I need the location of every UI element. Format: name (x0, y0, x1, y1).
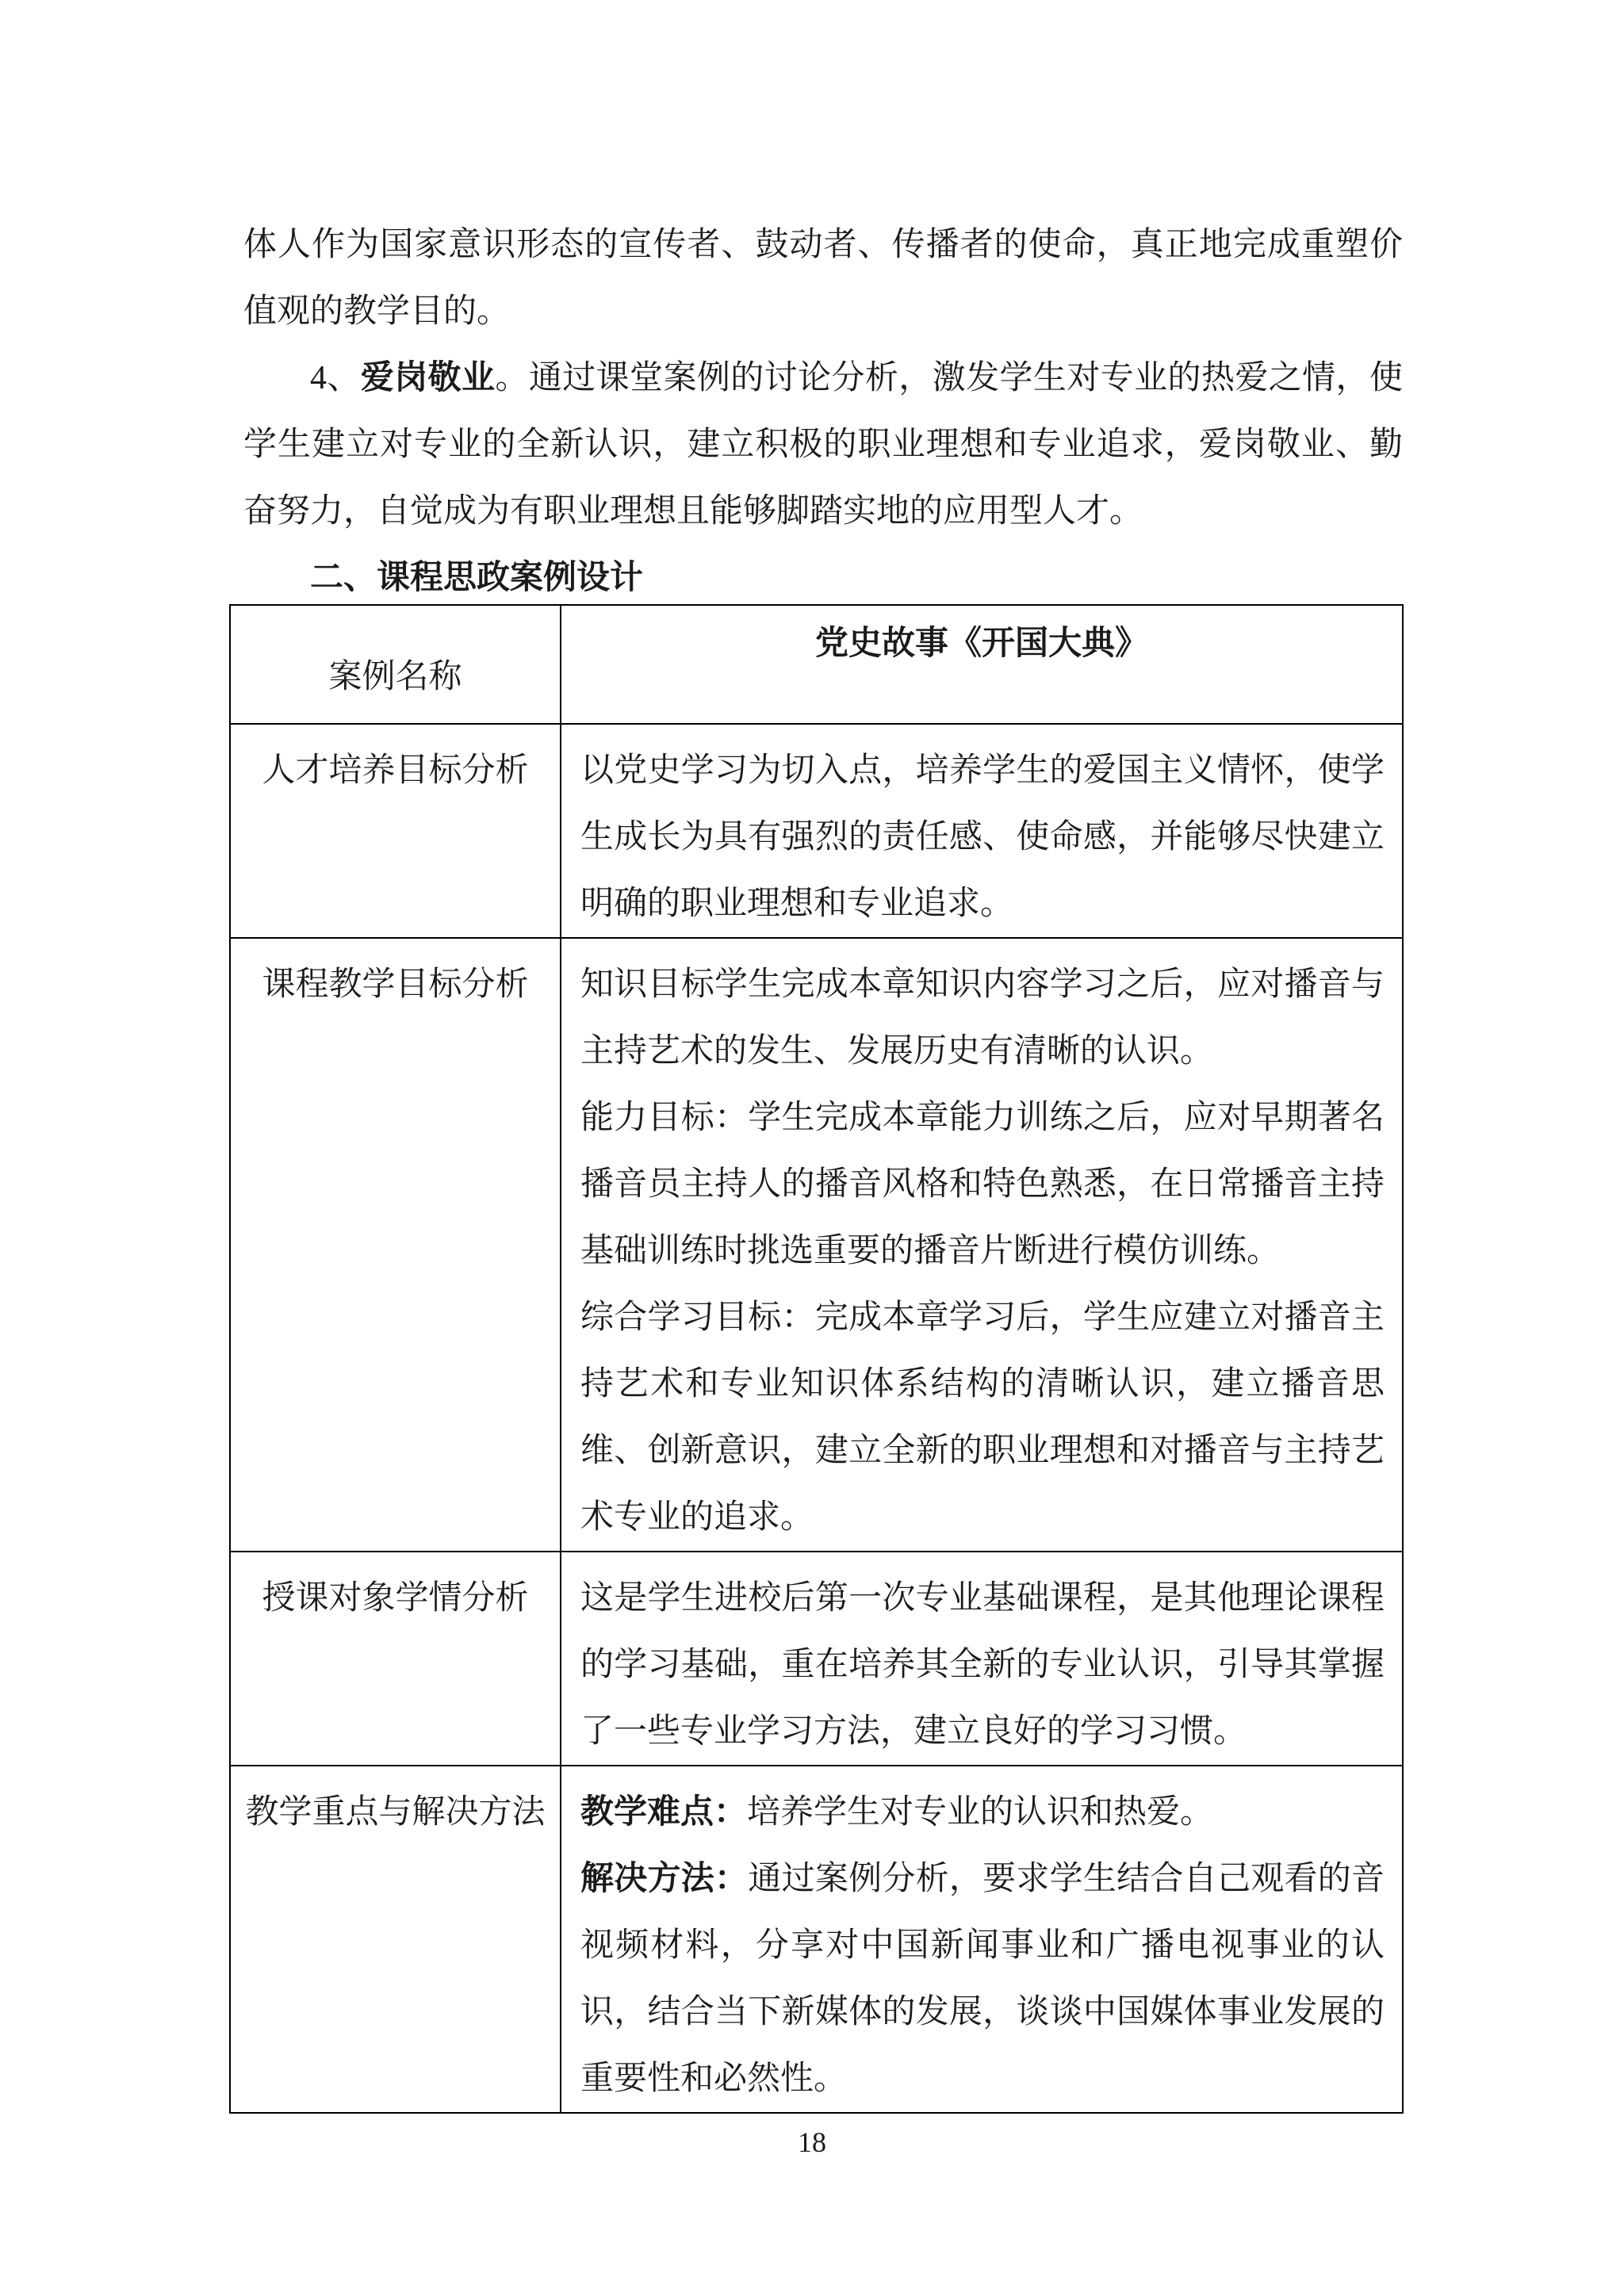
cell-paragraph: 知识目标学生完成本章知识内容学习之后，应对播音与主持艺术的发生、发展历史有清晰的… (580, 951, 1385, 1085)
row-label-cell: 授课对象学情分析 (230, 1552, 561, 1766)
section-heading: 二、课程思政案例设计 (243, 545, 1403, 611)
cell-paragraph: 教学难点：培养学生对专业的认识和热爱。 (580, 1779, 1385, 1846)
row-content-cell: 这是学生进校后第一次专业基础课程，是其他理论课程的学习基础，重在培养其全新的专业… (561, 1552, 1403, 1766)
row-content-cell: 教学难点：培养学生对专业的认识和热爱。解决方法：通过案例分析，要求学生结合自己观… (561, 1766, 1403, 2113)
row-label-cell: 教学重点与解决方法 (230, 1766, 561, 2113)
table-row: 教学重点与解决方法 教学难点：培养学生对专业的认识和热爱。解决方法：通过案例分析… (230, 1766, 1403, 2113)
paragraph-bold-leadin: 爱岗敬业 (361, 360, 496, 396)
cell-paragraph: 综合学习目标：完成本章学习后，学生应建立对播音主持艺术和专业知识体系结构的清晰认… (580, 1284, 1385, 1551)
row-content-cell: 知识目标学生完成本章知识内容学习之后，应对播音与主持艺术的发生、发展历史有清晰的… (561, 938, 1403, 1552)
table-row: 课程教学目标分析 知识目标学生完成本章知识内容学习之后，应对播音与主持艺术的发生… (230, 938, 1403, 1552)
body-text: 体人作为国家意识形态的宣传者、鼓动者、传播者的使命，真正地完成重塑价值观的教学目… (243, 212, 1403, 611)
cell-paragraph: 这是学生进校后第一次专业基础课程，是其他理论课程的学习基础，重在培养其全新的专业… (580, 1565, 1385, 1765)
row-label-cell: 课程教学目标分析 (230, 938, 561, 1552)
table-header-row: 案例名称 党史故事《开国大典》 (230, 605, 1403, 724)
case-design-table: 案例名称 党史故事《开国大典》 人才培养目标分析 以党史学习为切入点，培养学生的… (229, 604, 1404, 2114)
table-row: 授课对象学情分析 这是学生进校后第一次专业基础课程，是其他理论课程的学习基础，重… (230, 1552, 1403, 1766)
case-title-cell: 党史故事《开国大典》 (561, 605, 1403, 724)
cell-paragraph: 能力目标：学生完成本章能力训练之后，应对早期著名播音员主持人的播音风格和特色熟悉… (580, 1085, 1385, 1284)
page-number: 18 (0, 2126, 1624, 2158)
cell-paragraph: 以党史学习为切入点，培养学生的爱国主义情怀，使学生成长为具有强烈的责任感、使命感… (580, 737, 1385, 937)
row-content-cell: 以党史学习为切入点，培养学生的爱国主义情怀，使学生成长为具有强烈的责任感、使命感… (561, 724, 1403, 938)
paragraph-item-4: 4、爱岗敬业。通过课堂案例的讨论分析，激发学生对专业的热爱之情，使学生建立对专业… (243, 345, 1403, 545)
cell-paragraph: 解决方法：通过案例分析，要求学生结合自己观看的音视频材料，分享对中国新闻事业和广… (580, 1846, 1385, 2112)
row-label-cell: 人才培养目标分析 (230, 724, 561, 938)
paragraph-continuation: 体人作为国家意识形态的宣传者、鼓动者、传播者的使命，真正地完成重塑价值观的教学目… (243, 212, 1403, 345)
case-name-label-cell: 案例名称 (230, 605, 561, 724)
table-row: 人才培养目标分析 以党史学习为切入点，培养学生的爱国主义情怀，使学生成长为具有强… (230, 724, 1403, 938)
paragraph-prefix: 4、 (310, 360, 361, 396)
document-page: 体人作为国家意识形态的宣传者、鼓动者、传播者的使命，真正地完成重塑价值观的教学目… (0, 0, 1624, 2296)
